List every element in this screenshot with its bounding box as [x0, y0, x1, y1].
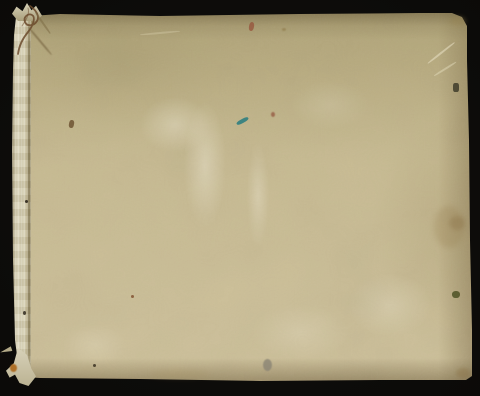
- red-ink-curl-top: [248, 22, 254, 32]
- gray-smudge-bottom: [263, 359, 272, 371]
- spine-dot-lower: [23, 311, 26, 315]
- dark-speck-top: [282, 28, 286, 31]
- stain-right-edge: [449, 216, 465, 230]
- amber-spot-spine-foot: [10, 364, 17, 372]
- dark-flag-mark-right: [453, 83, 459, 92]
- teal-paint-fleck: [236, 116, 249, 126]
- olive-blob-right: [452, 291, 460, 298]
- scratch-top-right-1: [427, 42, 455, 64]
- corner-wear-bottom-right: [456, 368, 470, 378]
- photo-background: [0, 0, 480, 396]
- corner-wear-top-right: [450, 16, 466, 26]
- scratch-top-center: [140, 30, 180, 35]
- bottom-speck: [93, 364, 96, 367]
- red-dot-center: [271, 112, 275, 117]
- scratch-top-right-2: [434, 61, 457, 76]
- brown-speck-left: [68, 120, 74, 129]
- surface-marks-layer: [0, 0, 480, 396]
- spine-dot-upper: [25, 200, 28, 203]
- mid-left-speck: [131, 295, 134, 298]
- bottom-edge-stain: [150, 370, 210, 378]
- corner-tear-line: [35, 12, 51, 34]
